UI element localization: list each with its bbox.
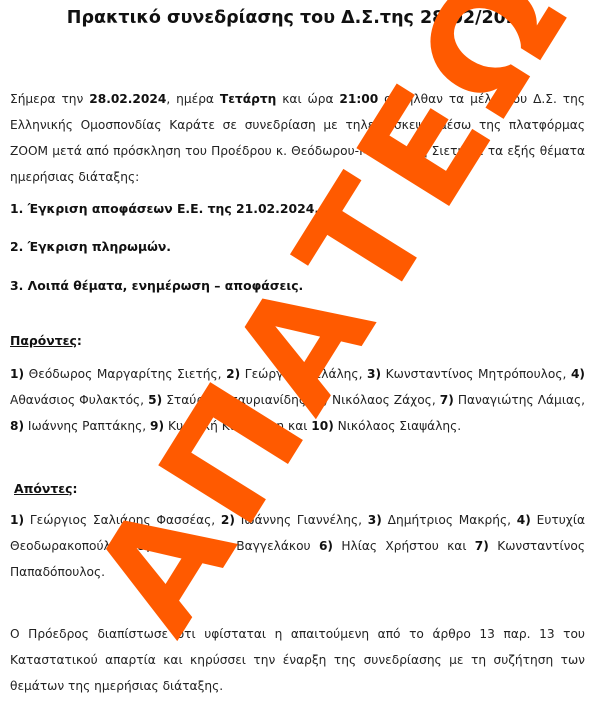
intro-text: Σήμερα την [10, 92, 89, 106]
member-number: 1) [10, 367, 24, 381]
member-number: 4) [517, 513, 531, 527]
absent-line-1: 1) Γεώργιος Σαλιάρης Φασσέας, 2) Ιωάννης… [10, 512, 585, 528]
intro-paragraph: Σήμερα την 28.02.2024, ημέρα Τετάρτη και… [10, 86, 585, 190]
member-name: Κυριακή Κυδωνάκη και [164, 419, 311, 433]
absent-line-2: Θεοδωρακοπούλου, 5) Αικατερίνη Βαγγελάκο… [10, 538, 585, 554]
absent-heading: Απόντες: [14, 481, 77, 496]
member-name: Νικόλαος Ζάχος, [328, 393, 440, 407]
present-heading-colon: : [77, 333, 82, 348]
member-number: 3) [367, 367, 381, 381]
present-heading: Παρόντες: [10, 333, 82, 348]
member-name: Ιωάννης Ραπτάκης, [24, 419, 150, 433]
present-line-2: Αθανάσιος Φυλακτός, 5) Σταύρος Σταυριανί… [10, 392, 585, 408]
agenda-item-2: 2. Έγκριση πληρωμών. [10, 239, 171, 254]
member-number: 5) [148, 393, 162, 407]
present-line-3: 8) Ιωάννης Ραπτάκης, 9) Κυριακή Κυδωνάκη… [10, 418, 585, 434]
present-heading-label: Παρόντες [10, 333, 77, 348]
member-number: 9) [150, 419, 164, 433]
intro-emphasis: 28.02.2024 [89, 92, 166, 106]
member-number: 6) [314, 393, 328, 407]
member-number: 5) [138, 539, 152, 553]
member-name: Αθανάσιος Φυλακτός, [10, 393, 148, 407]
member-number: 3) [368, 513, 382, 527]
intro-text: , ημέρα [166, 92, 220, 106]
closing-paragraph: Ο Πρόεδρος διαπίστωσε ότι υφίσταται η απ… [10, 621, 585, 699]
member-name: Γεώργιος Κελάλης, [240, 367, 367, 381]
member-name: Ιωάννης Γιαννέλης, [235, 513, 368, 527]
member-number: 7) [440, 393, 454, 407]
document-page: Πρακτικό συνεδρίασης του Δ.Σ.της 28/02/2… [0, 0, 597, 702]
member-name: Θεόδωρος Μαργαρίτης Σιετής, [24, 367, 226, 381]
intro-text: και ώρα [276, 92, 339, 106]
member-name: Ηλίας Χρήστου και [333, 539, 475, 553]
absent-line-3: Παπαδόπουλος. [10, 564, 585, 580]
member-name: Κωνσταντίνος Μητρόπουλος, [381, 367, 571, 381]
member-name: Αικατερίνη Βαγγελάκου [152, 539, 319, 553]
member-name: Ευτυχία [531, 513, 585, 527]
member-name: Νικόλαος Σιαψάλης. [334, 419, 461, 433]
member-name: Παναγιώτης Λάμιας, [454, 393, 585, 407]
agenda-item-3: 3. Λοιπά θέματα, ενημέρωση – αποφάσεις. [10, 278, 303, 293]
absent-heading-colon: : [73, 481, 78, 496]
member-number: 6) [319, 539, 333, 553]
present-line-1: 1) Θεόδωρος Μαργαρίτης Σιετής, 2) Γεώργι… [10, 366, 585, 382]
member-name: Δημήτριος Μακρής, [382, 513, 517, 527]
member-name: Παπαδόπουλος. [10, 565, 105, 579]
member-name: Σταύρος Σταυριανίδης, [162, 393, 314, 407]
agenda-item-1: 1. Έγκριση αποφάσεων Ε.Ε. της 21.02.2024… [10, 201, 319, 216]
member-number: 2) [226, 367, 240, 381]
member-number: 10) [311, 419, 334, 433]
member-number: 4) [571, 367, 585, 381]
member-number: 1) [10, 513, 24, 527]
member-number: 7) [475, 539, 489, 553]
member-name: Γεώργιος Σαλιάρης Φασσέας, [24, 513, 221, 527]
member-name: Κωνσταντίνος [489, 539, 585, 553]
intro-emphasis: Τετάρτη [220, 92, 276, 106]
absent-heading-label: Απόντες [14, 481, 73, 496]
document-title: Πρακτικό συνεδρίασης του Δ.Σ.της 28/02/2… [0, 8, 597, 28]
member-number: 8) [10, 419, 24, 433]
member-number: 2) [221, 513, 235, 527]
member-name: Θεοδωρακοπούλου, [10, 539, 138, 553]
intro-emphasis: 21:00 [339, 92, 378, 106]
